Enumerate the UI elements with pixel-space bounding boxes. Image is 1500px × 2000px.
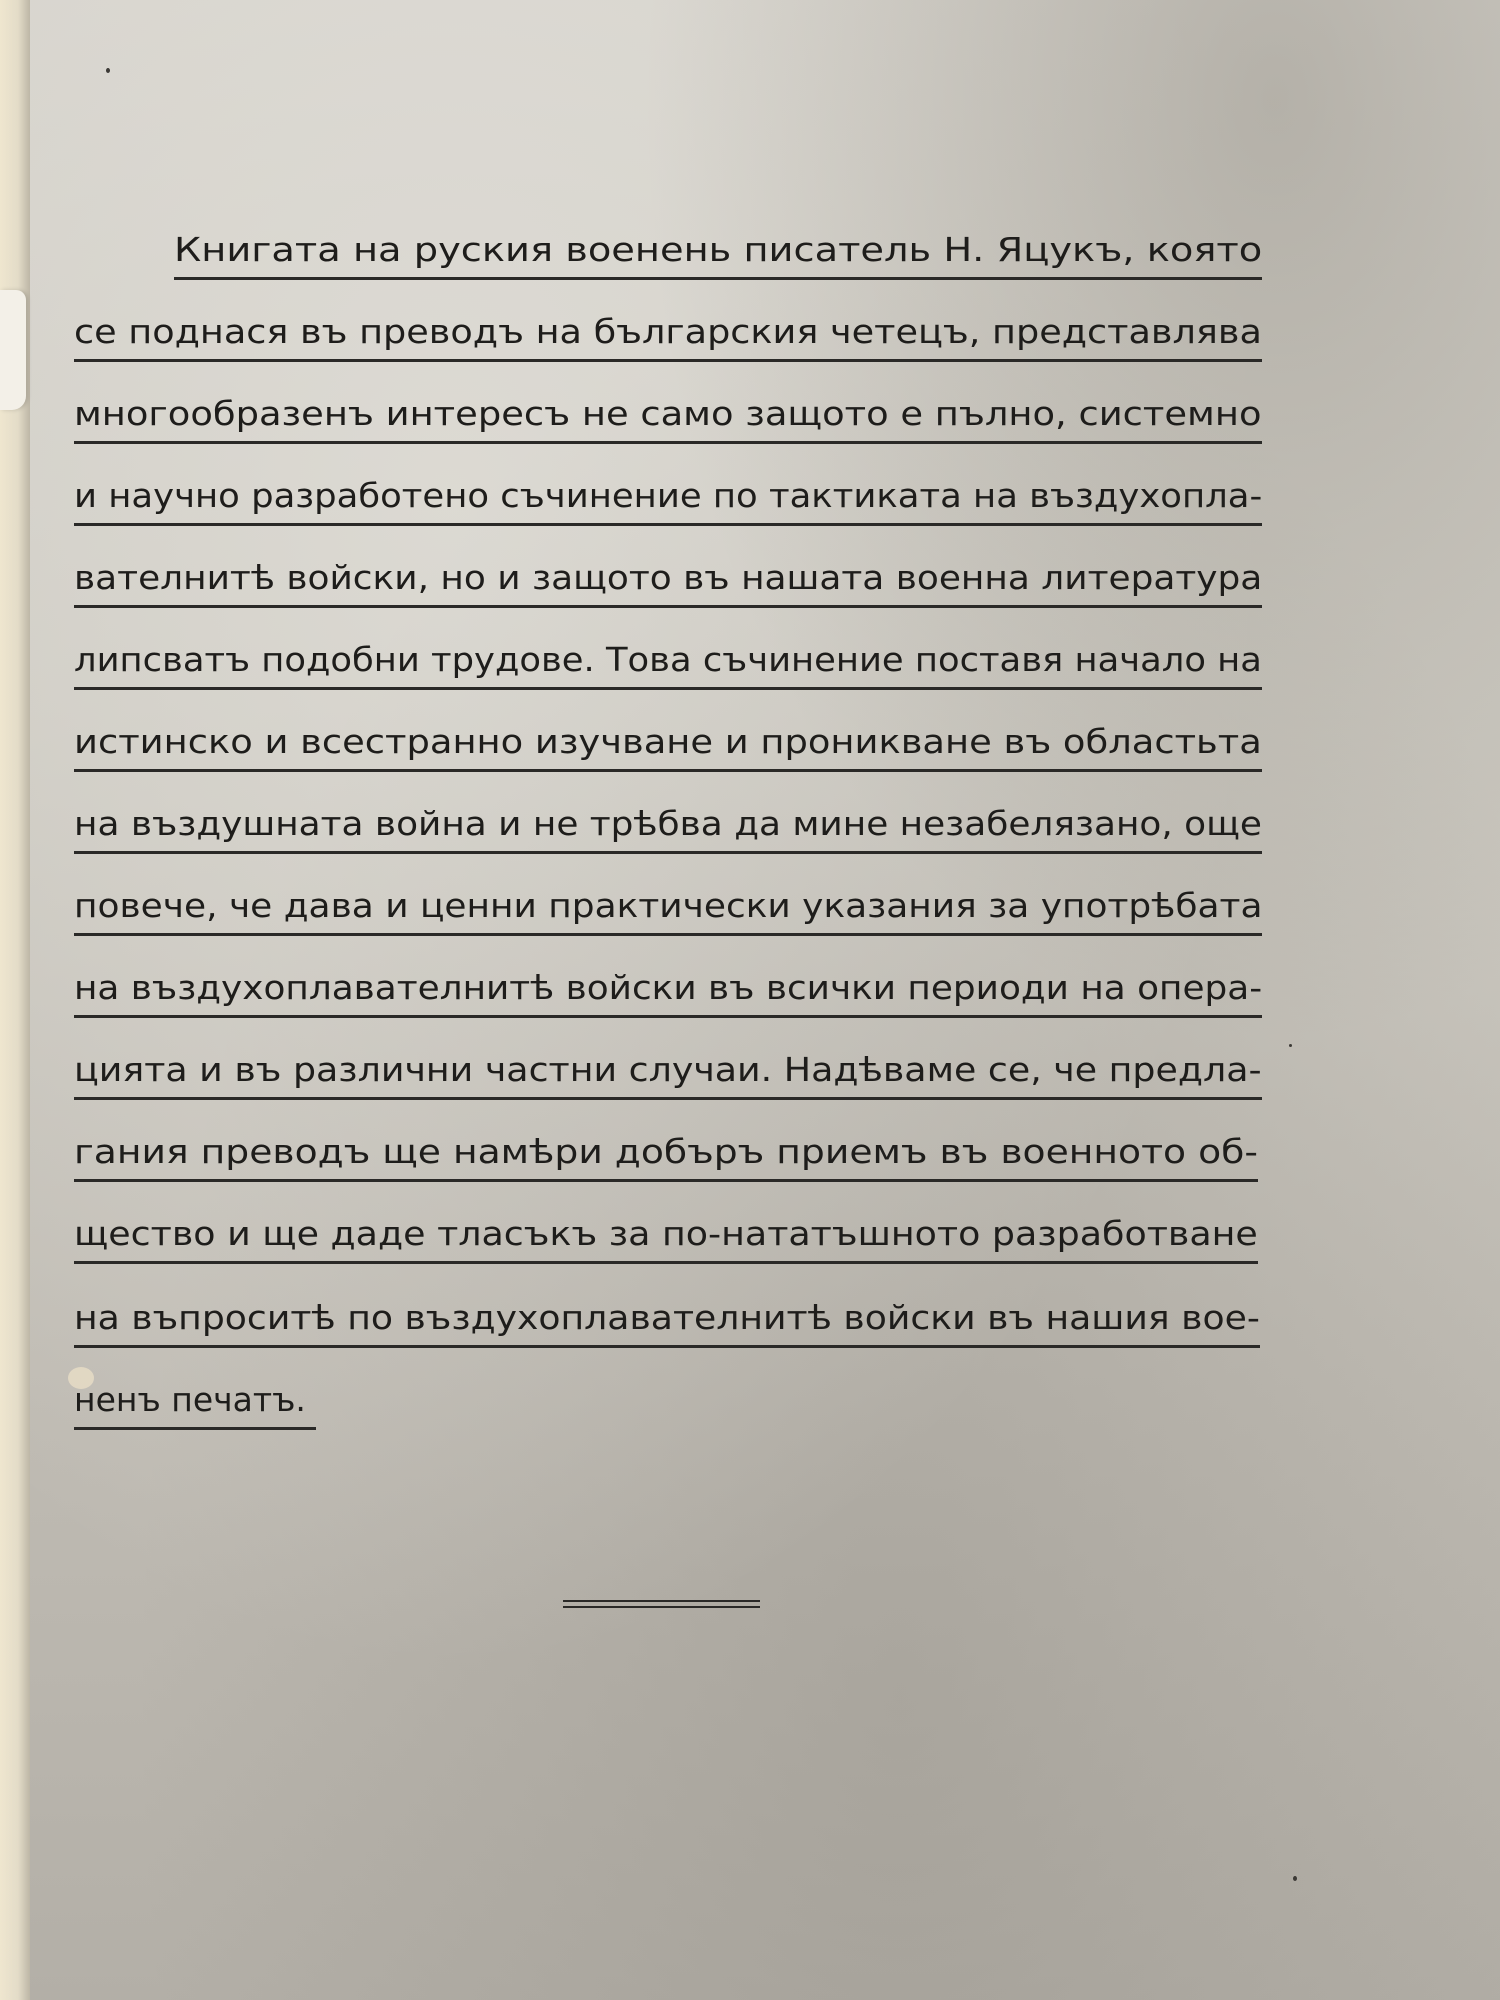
text-line: щество и ще даде тласъкъ за по-нататъшно… xyxy=(74,1182,1258,1264)
line-text: истинско и всестранно изучване и проникв… xyxy=(74,725,1262,758)
torn-paper-edge xyxy=(0,290,26,410)
line-text: на въпроситѣ по въздухоплавателнитѣ войс… xyxy=(74,1301,1260,1334)
text-line: гания преводъ ще намѣри добъръ приемъ въ… xyxy=(74,1100,1258,1182)
paper-speck xyxy=(106,68,110,73)
section-end-double-rule xyxy=(563,1600,760,1608)
text-line: се поднася въ преводъ на българския чете… xyxy=(74,280,1262,362)
text-line: на въпроситѣ по въздухоплавателнитѣ войс… xyxy=(74,1266,1260,1348)
line-text: щество и ще даде тласъкъ за по-нататъшно… xyxy=(74,1217,1258,1250)
line-text: на въздушната война и не трѣбва да мине … xyxy=(74,807,1262,840)
line-text: липсватъ подобни трудове. Това съчинение… xyxy=(74,643,1262,676)
line-text: на въздухоплавателнитѣ войски въ всички … xyxy=(74,971,1262,1004)
line-text: многообразенъ интересъ не само защото е … xyxy=(74,397,1261,430)
text-line: на въздухоплавателнитѣ войски въ всички … xyxy=(74,936,1262,1018)
text-line: цията и въ различни частни случаи. Надѣв… xyxy=(74,1018,1262,1100)
text-line: повече, че дава и ценни практически указ… xyxy=(74,854,1262,936)
line-text: цията и въ различни частни случаи. Надѣв… xyxy=(74,1053,1262,1086)
line-text: ненъ печатъ. xyxy=(74,1383,306,1416)
text-line: истинско и всестранно изучване и проникв… xyxy=(74,690,1262,772)
line-text: гания преводъ ще намѣри добъръ приемъ въ… xyxy=(74,1135,1258,1168)
text-line: вателнитѣ войски, но и защото въ нашата … xyxy=(74,526,1262,608)
text-line: и научно разработено съчинение по тактик… xyxy=(74,444,1262,526)
underline-rule xyxy=(74,1261,1258,1264)
underline-rule xyxy=(74,1427,316,1430)
text-line: липсватъ подобни трудове. Това съчинение… xyxy=(74,608,1262,690)
text-line: на въздушната война и не трѣбва да мине … xyxy=(74,772,1262,854)
paper-speck xyxy=(1293,1876,1297,1881)
text-line: Книгата на руския военень писатель Н. Яц… xyxy=(174,198,1262,280)
text-line: ненъ печатъ. xyxy=(74,1348,316,1430)
line-text: повече, че дава и ценни практически указ… xyxy=(74,889,1263,922)
text-line: многообразенъ интересъ не само защото е … xyxy=(74,362,1262,444)
line-text: се поднася въ преводъ на българския чете… xyxy=(74,315,1262,348)
line-text: и научно разработено съчинение по тактик… xyxy=(74,479,1262,512)
line-text: Книгата на руския военень писатель Н. Яц… xyxy=(174,233,1262,266)
line-text: вателнитѣ войски, но и защото въ нашата … xyxy=(74,561,1262,594)
book-page: Книгата на руския военень писатель Н. Яц… xyxy=(0,0,1500,2000)
paper-speck xyxy=(1289,1044,1292,1047)
